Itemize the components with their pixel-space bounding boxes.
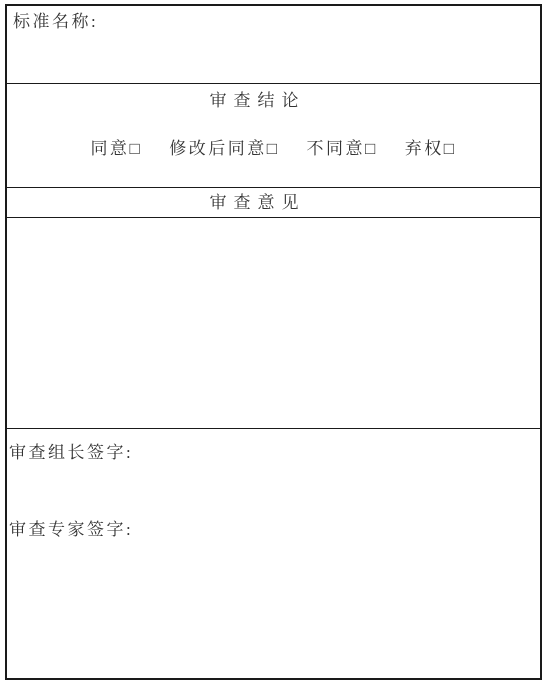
- option-disagree[interactable]: 不同意□: [307, 138, 378, 160]
- expert-signature-label: 审查专家签字:: [9, 519, 536, 541]
- opinion-input-area[interactable]: [7, 218, 540, 429]
- option-agree-label: 同意: [90, 138, 129, 160]
- option-abstain-checkbox[interactable]: □: [444, 138, 457, 160]
- opinion-header-cell: 审查意见: [7, 188, 540, 218]
- opinion-title: 审查意见: [0, 188, 524, 214]
- option-agree-checkbox[interactable]: □: [129, 138, 142, 160]
- option-agree-after-modification-checkbox[interactable]: □: [267, 138, 280, 160]
- option-abstain[interactable]: 弃权□: [405, 138, 457, 160]
- option-disagree-checkbox[interactable]: □: [365, 138, 378, 160]
- option-agree[interactable]: 同意□: [90, 138, 142, 160]
- conclusion-cell: 审查结论 同意□ 修改后同意□ 不同意□ 弃权□: [7, 84, 540, 188]
- review-form-table: 标准名称: 审查结论 同意□ 修改后同意□ 不同意□ 弃权□ 审查意见 审查组长…: [5, 4, 542, 680]
- standard-name-cell[interactable]: 标准名称:: [7, 6, 540, 84]
- signature-cell: 审查组长签字: 审查专家签字:: [7, 429, 540, 678]
- standard-name-label: 标准名称:: [13, 12, 98, 31]
- option-abstain-label: 弃权: [405, 138, 444, 160]
- option-agree-after-modification-label: 修改后同意: [169, 138, 267, 160]
- option-disagree-label: 不同意: [307, 138, 366, 160]
- option-agree-after-modification[interactable]: 修改后同意□: [169, 138, 279, 160]
- conclusion-title: 审查结论: [0, 84, 524, 112]
- conclusion-options: 同意□ 修改后同意□ 不同意□ 弃权□: [7, 138, 540, 160]
- leader-signature-label: 审查组长签字:: [9, 442, 536, 464]
